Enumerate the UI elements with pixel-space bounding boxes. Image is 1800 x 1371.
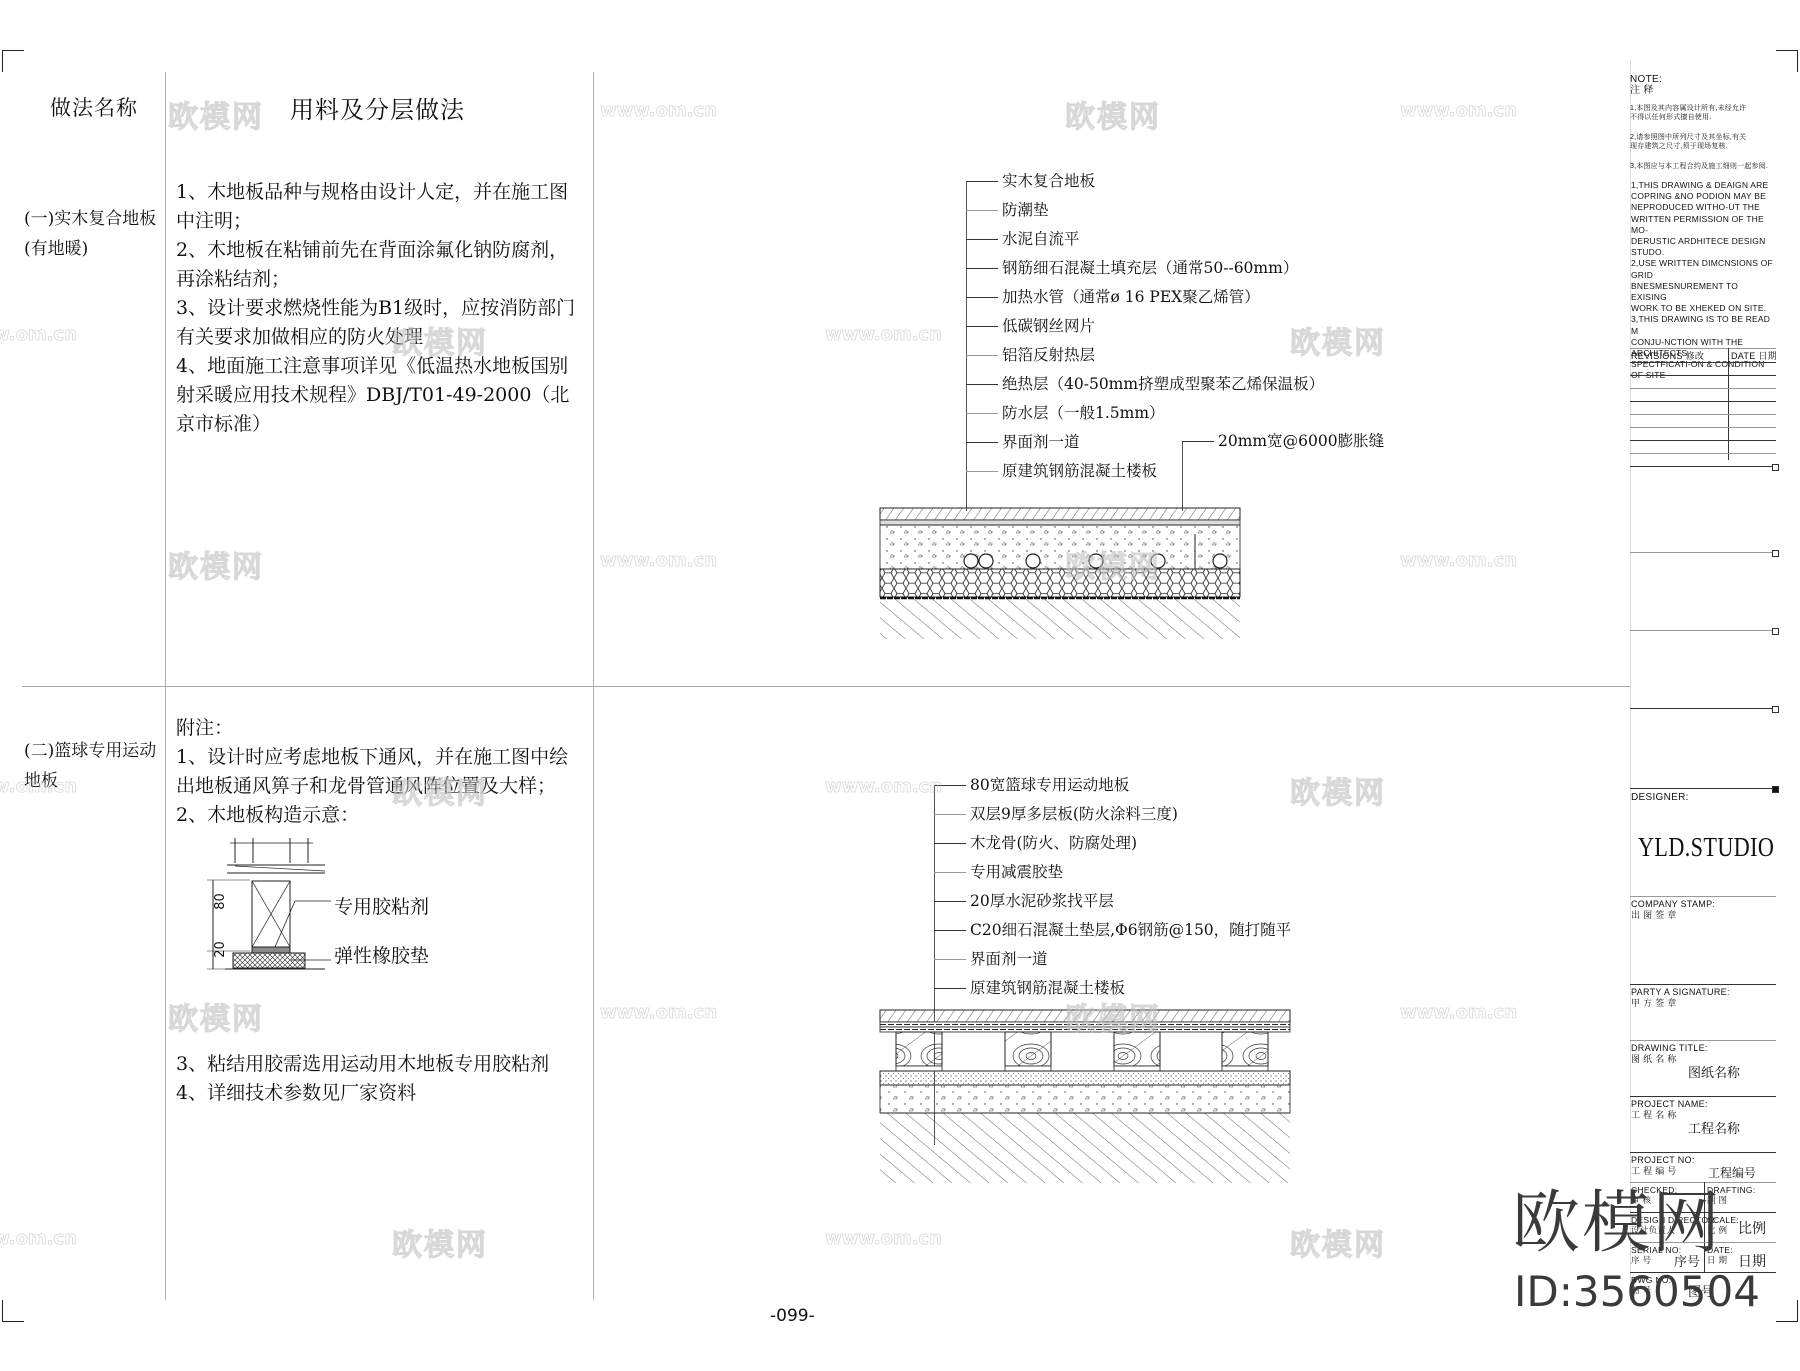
brand-watermark: 欧模网 bbox=[1512, 1184, 1722, 1264]
layer-label: 水泥自流平 bbox=[966, 229, 1080, 249]
designer-label: DESIGNER: bbox=[1631, 792, 1689, 803]
section-2-note-3: 3、粘结用胶需选用运动用木地板专用胶粘剂 bbox=[176, 1050, 586, 1079]
section-1-notes: 1、木地板品种与规格由设计人定，并在施工图中注明； 2、木地板在粘铺前先在背面涂… bbox=[176, 178, 586, 439]
revisions-top-rule bbox=[1630, 348, 1776, 349]
revisions-label: REVISIONS 修改 bbox=[1631, 351, 1704, 362]
revisions-row-rule bbox=[1630, 388, 1776, 389]
drawing-title-rule bbox=[1630, 1040, 1776, 1041]
layer-label: 防水层（一般1.5mm） bbox=[966, 403, 1165, 423]
marker-square bbox=[1772, 550, 1779, 557]
frame-corner-bottom-left bbox=[2, 1300, 24, 1322]
watermark-url: www.om.cn bbox=[600, 1002, 717, 1023]
scale-value: 比例 bbox=[1738, 1218, 1766, 1238]
layer-label: 80宽篮球专用运动地板 bbox=[934, 775, 1129, 795]
project-no-rule bbox=[1630, 1152, 1776, 1153]
watermark-cn: 欧模网 bbox=[1065, 92, 1161, 136]
watermark-cn: 欧模网 bbox=[168, 92, 264, 136]
watermark-url: www.om.cn bbox=[1400, 100, 1517, 121]
revisions-row-rule bbox=[1630, 466, 1776, 467]
watermark-cn: 欧模网 bbox=[392, 1220, 488, 1264]
watermark-url: www.om.cn bbox=[825, 776, 942, 797]
joist-dim-20: 20 bbox=[213, 941, 228, 958]
watermark-cn: 欧模网 bbox=[1290, 1220, 1386, 1264]
watermark-url: www.om.cn bbox=[600, 550, 717, 571]
project-name-rule bbox=[1630, 1096, 1776, 1097]
layer-label: 专用减震胶垫 bbox=[934, 862, 1063, 882]
detail-label-rubber-pad: 弹性橡胶垫 bbox=[334, 941, 429, 968]
drawing-title-value: 图纸名称 bbox=[1688, 1062, 1740, 1081]
revisions-row-rule bbox=[1630, 414, 1776, 415]
layer-label: 界面剂一道 bbox=[966, 432, 1080, 452]
layer-label: 木龙骨(防火、防腐处理) bbox=[934, 833, 1137, 853]
section-1-note-3: 3、设计要求燃烧性能为B1级时，应按消防部门有关要求加做相应的防火处理 bbox=[176, 294, 586, 352]
section-1-note-1: 1、木地板品种与规格由设计人定，并在施工图中注明； bbox=[176, 178, 586, 236]
section-2-note-2: 2、木地板构造示意： bbox=[176, 801, 586, 830]
watermark-cn: 欧模网 bbox=[168, 542, 264, 586]
company-stamp-rule bbox=[1630, 896, 1776, 897]
watermark-url: www.om.cn bbox=[825, 1228, 942, 1249]
marker-square bbox=[1772, 706, 1779, 713]
section-2-notes-heading: 附注： bbox=[176, 714, 586, 743]
layer-label: 防潮垫 bbox=[966, 200, 1049, 220]
frame-corner-top-right bbox=[1776, 50, 1798, 72]
project-name-label: PROJECT NAME: bbox=[1631, 1099, 1708, 1110]
note-title: NOTE: bbox=[1630, 74, 1662, 85]
section-2-notes: 附注： 1、设计时应考虑地板下通风，并在施工图中绘出地板通风箅子和龙骨管通风阵位… bbox=[176, 714, 586, 830]
project-no-label: PROJECT NO: bbox=[1631, 1155, 1695, 1166]
party-signature-label: PARTY A SIGNATURE: bbox=[1631, 987, 1730, 998]
watermark-url: www.om.cn bbox=[600, 100, 717, 121]
layer-label: 20厚水泥砂浆找平层 bbox=[934, 891, 1114, 911]
layer-label: 加热水管（通常ø 16 PEX聚乙烯管） bbox=[966, 287, 1260, 307]
revisions-column-rule bbox=[1728, 348, 1729, 460]
watermark-url: www.om.cn bbox=[1400, 1002, 1517, 1023]
marker-square bbox=[1772, 628, 1779, 635]
layer-label: 低碳钢丝网片 bbox=[966, 316, 1095, 336]
frame-corner-top-left bbox=[2, 50, 24, 72]
party-signature-rule bbox=[1630, 984, 1776, 985]
layer-label: 钢筋细石混凝土填充层（通常50--60mm） bbox=[966, 258, 1298, 278]
watermark-url: www.om.cn bbox=[0, 324, 77, 345]
expansion-joint-label: 20mm宽@6000膨胀缝 bbox=[1182, 431, 1384, 451]
id-watermark: ID:3560504 bbox=[1514, 1268, 1760, 1316]
project-no-cn: 工 程 编 号 bbox=[1631, 1166, 1677, 1177]
row-divider bbox=[22, 686, 1630, 687]
title-block: NOTE: 注 释 1,本图及其内容属设计所有,未经允许不得以任何形式擅自使用.… bbox=[1628, 70, 1778, 1300]
layer-label: 绝热层（40-50mm挤塑成型聚苯乙烯保温板） bbox=[966, 374, 1324, 394]
section-2-floor-cross-section bbox=[870, 1005, 1300, 1205]
layer-label: 原建筑钢筋混凝土楼板 bbox=[934, 978, 1125, 998]
layer-label: 界面剂一道 bbox=[934, 949, 1048, 969]
drawing-title-label: DRAWING TITLE: bbox=[1631, 1043, 1708, 1054]
section-2-note-4: 4、详细技术参数见厂家资料 bbox=[176, 1079, 586, 1108]
watermark-url: www.om.cn bbox=[825, 324, 942, 345]
layer-label: 原建筑钢筋混凝土楼板 bbox=[966, 461, 1157, 481]
section-2-category: (二)篮球专用运动地板 bbox=[24, 736, 166, 796]
revisions-row-rule bbox=[1630, 427, 1776, 428]
layer-label: C20细石混凝土垫层,Φ6钢筋@150，随打随平 bbox=[934, 920, 1291, 940]
section-1-floor-cross-section bbox=[870, 500, 1250, 645]
cn-note-1: 1,本图及其内容属设计所有,未经允许不得以任何形式擅自使用. bbox=[1630, 104, 1750, 122]
section-2-layer-legend: 80宽篮球专用运动地板 双层9厚多层板(防火涂料三度) 木龙骨(防火、防腐处理)… bbox=[934, 775, 1354, 1015]
company-stamp-label: COMPANY STAMP: bbox=[1631, 899, 1715, 910]
section-1-category: (一)实木复合地板(有地暖) bbox=[24, 204, 166, 264]
section-2-notes-after: 3、粘结用胶需选用运动用木地板专用胶粘剂 4、详细技术参数见厂家资料 bbox=[176, 1050, 586, 1108]
column-header-method-name: 做法名称 bbox=[50, 92, 138, 122]
blank-rule bbox=[1630, 708, 1776, 709]
blank-rule bbox=[1630, 552, 1776, 553]
note-title-cn: 注 释 bbox=[1630, 85, 1654, 96]
designer-rule bbox=[1630, 788, 1776, 789]
date-label: DATE 日期 bbox=[1731, 351, 1777, 362]
revisions-row-rule bbox=[1630, 440, 1776, 441]
checked-rule bbox=[1630, 1182, 1776, 1183]
studio-name: YLD.STUDIO bbox=[1638, 832, 1774, 863]
revisions-row-rule bbox=[1630, 401, 1776, 402]
frame-corner-bottom-right bbox=[1776, 1300, 1798, 1322]
company-stamp-cn: 出 图 签 章 bbox=[1631, 910, 1677, 921]
section-1-note-2: 2、木地板在粘铺前先在背面涂氟化钠防腐剂，再涂粘结剂； bbox=[176, 236, 586, 294]
marker-square bbox=[1772, 464, 1779, 471]
column-header-materials: 用料及分层做法 bbox=[290, 90, 465, 125]
section-2-note-1: 1、设计时应考虑地板下通风，并在施工图中绘出地板通风箅子和龙骨管通风阵位置及大样… bbox=[176, 743, 586, 801]
joist-dim-80: 80 bbox=[213, 893, 228, 910]
project-no-value: 工程编号 bbox=[1708, 1164, 1756, 1181]
layer-label: 实木复合地板 bbox=[966, 171, 1095, 191]
revisions-row-rule bbox=[1630, 375, 1776, 376]
watermark-url: www.om.cn bbox=[0, 1228, 77, 1249]
project-name-value: 工程名称 bbox=[1688, 1118, 1740, 1137]
cn-note-2: 2,请参照图中所列尺寸及其坐标,有关现存建筑之尺寸,须于现场复核. bbox=[1630, 133, 1750, 151]
party-signature-cn: 甲 方 签 章 bbox=[1631, 998, 1677, 1009]
revisions-row-rule bbox=[1630, 453, 1776, 454]
drawing-title-cn: 图 纸 名 称 bbox=[1631, 1054, 1677, 1065]
revisions-row-rule bbox=[1630, 362, 1776, 363]
blank-rule bbox=[1630, 630, 1776, 631]
watermark-url: www.om.cn bbox=[1400, 550, 1517, 571]
layer-label: 铝箔反射热层 bbox=[966, 345, 1095, 365]
section-1-note-4: 4、地面施工注意事项详见《低温热水地板国别射采暖应用技术规程》DBJ/T01-4… bbox=[176, 352, 586, 439]
layer-label: 双层9厚多层板(防火涂料三度) bbox=[934, 804, 1178, 824]
marker-square-filled bbox=[1772, 786, 1779, 793]
page-number: -099- bbox=[770, 1306, 815, 1326]
detail-label-adhesive: 专用胶粘剂 bbox=[334, 892, 429, 919]
watermark-cn: 欧模网 bbox=[168, 994, 264, 1038]
project-name-cn: 工 程 名 称 bbox=[1631, 1110, 1677, 1121]
cn-note-3: 3,本图应与本工程合约及施工细则一起参阅. bbox=[1630, 162, 1775, 171]
